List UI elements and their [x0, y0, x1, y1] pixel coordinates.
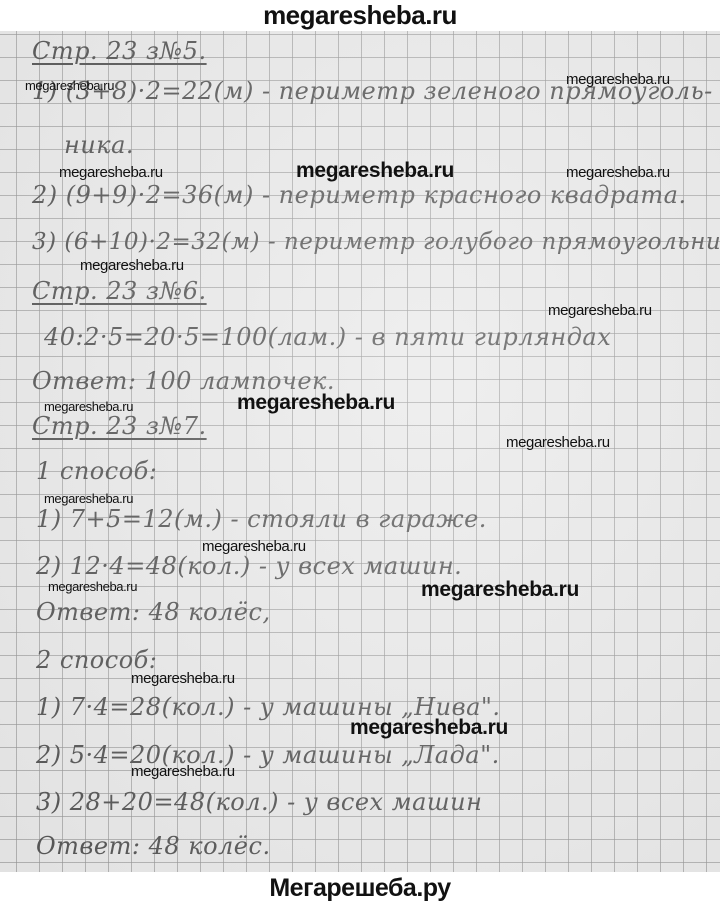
solution-line: 2) 5·4=20(кол.) - у машины „Лада". [36, 743, 500, 767]
watermark: megaresheba.ru [44, 491, 133, 506]
watermark: megaresheba.ru [421, 578, 579, 602]
site-footer: Мегарешеба.ру [0, 872, 720, 905]
watermark: megaresheba.ru [131, 670, 235, 687]
watermark: megaresheba.ru [44, 399, 133, 414]
method-label: 2 способ: [36, 648, 157, 672]
watermark: megaresheba.ru [566, 164, 670, 181]
task-heading: Стр. 23 з№6. [32, 279, 207, 303]
site-header: megaresheba.ru [0, 0, 720, 31]
solution-line: 3) 28+20=48(кол.) - у всех машин [36, 790, 482, 814]
watermark: megaresheba.ru [59, 164, 163, 181]
watermark: megaresheba.ru [350, 716, 508, 740]
solution-line: 2) 12·4=48(кол.) - у всех машин. [36, 554, 462, 578]
task-heading: Стр. 23 з№5. [32, 39, 207, 63]
answer-line: Ответ: 48 колёс. [36, 834, 271, 858]
solution-line: 1) 7+5=12(м.) - стояли в гараже. [36, 507, 487, 531]
watermark: megaresheba.ru [506, 434, 610, 451]
solution-line: ника. [64, 133, 134, 157]
watermark: megaresheba.ru [48, 579, 137, 594]
answer-line: Ответ: 100 лампочек. [32, 369, 335, 393]
solution-line: 3) (6+10)·2=32(м) - периметр голубого пр… [32, 231, 720, 254]
watermark: megaresheba.ru [296, 159, 454, 183]
watermark: megaresheba.ru [25, 78, 114, 93]
method-label: 1 способ: [36, 459, 157, 483]
watermark: megaresheba.ru [237, 391, 395, 415]
watermark: megaresheba.ru [202, 538, 306, 555]
watermark: megaresheba.ru [548, 302, 652, 319]
notebook-page: Стр. 23 з№5. 1) (3+8)·2=22(м) - периметр… [0, 31, 720, 872]
task-heading: Стр. 23 з№7. [32, 414, 207, 438]
watermark: megaresheba.ru [80, 257, 184, 274]
solution-line: 40:2·5=20·5=100(лам.) - в пяти гирляндах [44, 325, 611, 349]
watermark: megaresheba.ru [566, 71, 670, 88]
solution-line: 2) (9+9)·2=36(м) - периметр красного ква… [32, 183, 687, 207]
answer-line: Ответ: 48 колёс, [36, 600, 271, 624]
watermark: megaresheba.ru [131, 763, 235, 780]
